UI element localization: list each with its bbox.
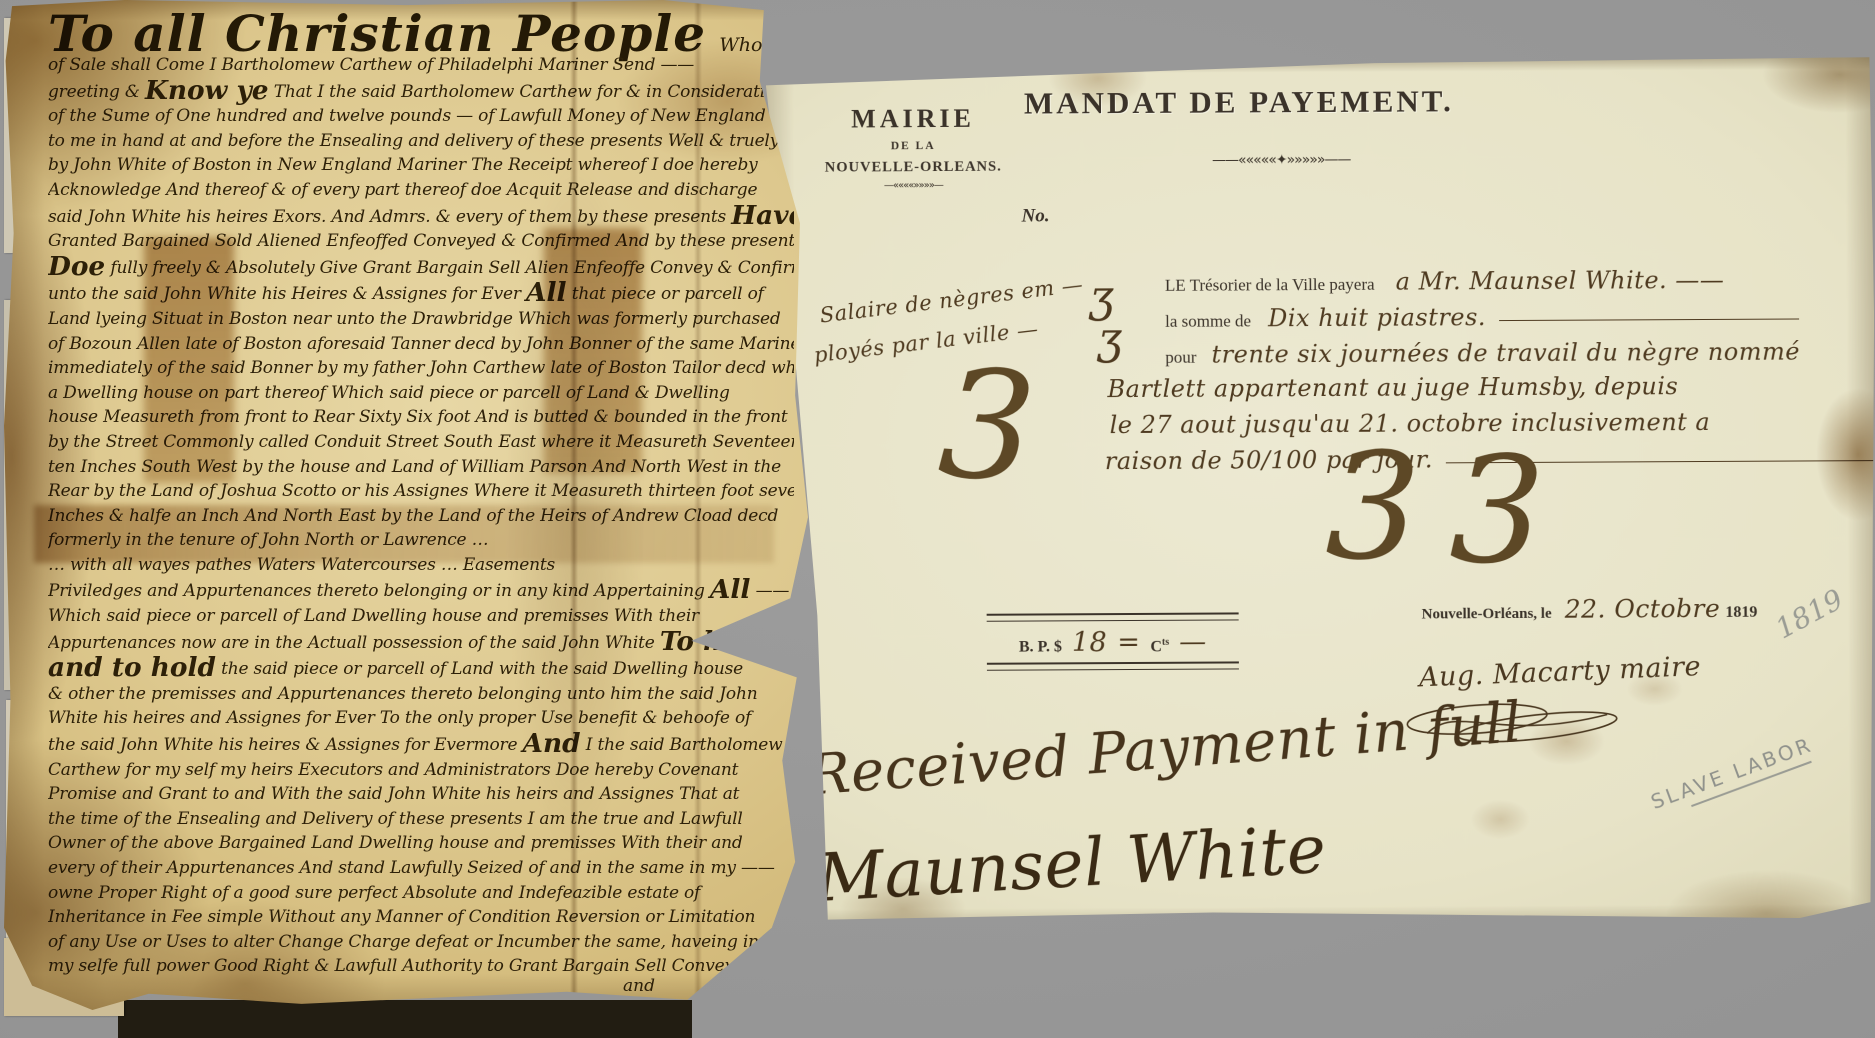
body-line-1: LE Trésorier de la Ville payera a Mr. Ma… xyxy=(1165,266,1725,297)
document-title: MANDAT DE PAYEMENT. xyxy=(1024,83,1454,121)
deed-parchment: To all Christian People Whome this prese… xyxy=(4,0,808,1014)
deed-catchword: and xyxy=(623,976,655,996)
tape-stain xyxy=(544,228,642,473)
payee-signature: Maunsel White xyxy=(814,811,1328,917)
printed-text: pour xyxy=(1165,348,1196,367)
received-payment-text: Received Payment in full xyxy=(806,690,1524,808)
deed-text-line: of the Sume of One hundred and twelve po… xyxy=(48,104,794,129)
body-line-2: la somme de Dix huit piastres. xyxy=(1165,301,1799,332)
deed-text-line: and to hold the said piece or parcell of… xyxy=(48,655,794,682)
pencil-note-text: SLAVE LABOR xyxy=(1648,732,1816,814)
deed-text-line: Inheritance in Fee simple Without any Ma… xyxy=(48,905,794,930)
mairie-letterhead: MAIRIE DE LA NOUVELLE-ORLEANS. —««««»»»»… xyxy=(814,104,1012,192)
printed-text: LE Trésorier de la Ville payera xyxy=(1165,275,1375,295)
printed-text: Nouvelle-Orléans, le xyxy=(1422,606,1552,623)
deed-document: To all Christian People Whome this prese… xyxy=(4,0,814,1016)
payee-signature-flourish xyxy=(836,931,1476,968)
handwritten-text: Dix huit piastres. xyxy=(1268,303,1486,332)
slave-labor-pencil-note: SLAVE LABOR xyxy=(1648,732,1818,819)
pencil-year-annotation: 1819 xyxy=(1770,583,1848,646)
double-rule xyxy=(987,661,1239,670)
fold-crease xyxy=(570,0,578,1014)
stain-band xyxy=(34,505,774,563)
deed-text-line: owne Proper Right of a good sure perfect… xyxy=(48,881,794,906)
deed-text-line: of any Use or Uses to alter Change Charg… xyxy=(48,930,794,955)
deed-text-line: Carthew for my self my heirs Executors a… xyxy=(48,758,794,783)
deed-text-line: & other the premisses and Appurtenances … xyxy=(48,682,794,707)
margin-amount-figure: 3 xyxy=(935,349,1040,505)
mayor-signature: Aug. Macarty maire xyxy=(1418,651,1701,693)
printed-text: la somme de xyxy=(1165,311,1251,330)
body-line-4: Bartlett appartenant au juge Humsby, dep… xyxy=(1107,372,1678,403)
mandat-document: MAIRIE DE LA NOUVELLE-ORLEANS. —««««»»»»… xyxy=(766,57,1875,927)
mairie-line: MAIRIE xyxy=(814,104,1012,135)
flourish-ornament: —««««»»»»— xyxy=(814,180,1012,192)
deed-text-line: said John White his heires Exors. And Ad… xyxy=(48,203,794,230)
deed-text-line: every of their Appurtenances And stand L… xyxy=(48,856,794,881)
fold-crease xyxy=(694,0,702,1014)
deed-text-line: the said John White his heires & Assigne… xyxy=(48,731,794,758)
deed-text-line: Acknowledge And thereof & of every part … xyxy=(48,178,794,203)
margin-note-line1: Salaire de nègres em — xyxy=(819,272,1085,327)
handwritten-date: 22. Octobre xyxy=(1565,594,1721,624)
deed-text-line: to me in hand at and before the Ensealin… xyxy=(48,129,794,154)
dash-mark: — xyxy=(1179,627,1207,658)
body-line-3: pour trente six journées de travail du n… xyxy=(1165,337,1800,368)
deed-text-line: Owner of the above Bargained Land Dwelli… xyxy=(48,831,794,856)
currency-prefix: B. P. $ xyxy=(1019,638,1062,656)
cents-label: Cts xyxy=(1150,636,1169,655)
equals-mark: = xyxy=(1117,627,1140,658)
mairie-line: DE LA xyxy=(814,140,1012,153)
deed-text-line: my selfe full power Good Right & Lawfull… xyxy=(48,954,794,979)
photo-canvas: To all Christian People Whome this prese… xyxy=(0,0,1875,1038)
margin-brace: ʒ xyxy=(1097,317,1123,361)
tape-stain xyxy=(144,238,234,483)
amount-figures: 33 xyxy=(1324,432,1577,587)
deed-text-line: Promise and Grant to and With the said J… xyxy=(48,782,794,807)
date-line: Nouvelle-Orléans, le 22. Octobre 1819 xyxy=(1422,594,1758,625)
deed-text-line: the time of the Ensealing and Delivery o… xyxy=(48,807,794,832)
ink-rule xyxy=(1499,318,1799,321)
mairie-line: NOUVELLE-ORLEANS. xyxy=(814,159,1012,177)
handwritten-text: a Mr. Maunsel White. —— xyxy=(1396,266,1725,296)
number-label: No. xyxy=(1021,205,1049,227)
title-ornament: ——«««««✦»»»»»—— xyxy=(1111,151,1451,169)
amount-value: 18 xyxy=(1072,627,1108,658)
deed-text-line: Appurtenances now are in the Actuall pos… xyxy=(48,629,794,656)
amount-stamp-box: B. P. $ 18 = Cts — xyxy=(987,612,1239,670)
deed-text-line: White his heires and Assignes for Ever T… xyxy=(48,706,794,731)
deed-heading: To all Christian People Whome this prese… xyxy=(48,4,794,53)
deed-text-line: Priviledges and Appurtenances thereto be… xyxy=(48,577,794,604)
handwritten-text: Bartlett appartenant au juge Humsby, dep… xyxy=(1107,372,1678,403)
handwritten-text: trente six journées de travail du nègre … xyxy=(1211,337,1800,368)
deed-text-line: greeting & Know ye That I the said Barth… xyxy=(48,78,794,105)
deed-heading-continuation: Whome this present Deed —— xyxy=(719,34,794,56)
deed-text-line: by John White of Boston in New England M… xyxy=(48,153,794,178)
printed-year: 1819 xyxy=(1725,604,1757,621)
